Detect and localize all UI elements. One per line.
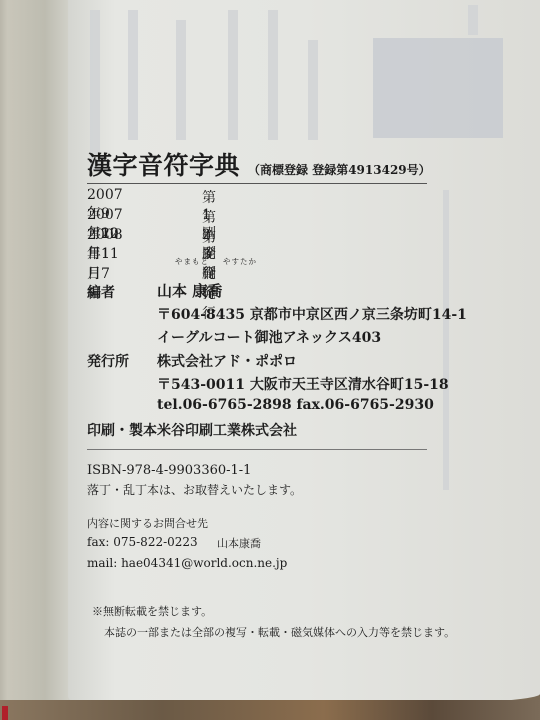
publisher-name: 株式会社アド・ポポロ [157,351,297,371]
editor-name: 山本 康喬 [157,280,222,301]
colophon-page [68,0,540,708]
trademark-note: （商標登録 登録第4913429号） [248,161,431,178]
background-red-detail [2,706,8,720]
editor-label: 編者 [87,282,115,302]
book-spine-shadow [0,0,75,700]
bleed-through-text [228,10,238,140]
printer-name: 米谷印刷工業株式会社 [157,420,297,440]
book-title: 漢字音符字典 [87,146,240,182]
title-row: 漢字音符字典 （商標登録 登録第4913429号） [87,146,427,182]
replacement-note: 落丁・乱丁本は、お取替えいたします。 [87,481,302,498]
contact-fax-name: 山本康喬 [217,535,261,551]
name-ruby: やまもとやすたか [175,256,257,267]
bleed-through-text [308,40,318,140]
background-fabric [0,700,540,720]
editor-address-building: イーグルコート御池アネックス403 [157,327,381,347]
copy-restriction: 本誌の一部または全部の複写・転載・磁気媒体への入力等を禁じます。 [104,624,455,640]
bleed-through-text [443,190,449,490]
isbn: ISBN-978-4-9903360-1-1 [87,463,251,478]
publisher-address: 〒543-0011 大阪市天王寺区清水谷町15-18 [157,374,449,394]
ruby-family: やまもと [175,257,209,266]
printer-label: 印刷・製本 [87,420,157,440]
contact-heading: 内容に関するお問合せ先 [87,515,208,531]
bleed-through-text [176,20,186,140]
copyright-notice: ※無断転載を禁じます。 [92,603,212,619]
bleed-through-text [268,10,278,140]
bleed-through-text [468,5,478,35]
ruby-given: やすたか [223,257,257,266]
divider [87,449,427,450]
divider [87,183,427,184]
publisher-phone: tel.06-6765-2898 fax.06-6765-2930 [157,397,434,413]
bleed-through-text [128,10,138,140]
contact-fax: fax: 075-822-0223 [87,535,198,549]
contact-mail: mail: hae04341@world.ocn.ne.jp [87,556,287,570]
publisher-label: 発行所 [87,351,129,371]
editor-address: 〒604-8435 京都市中京区西ノ京三条坊町14-1 [157,304,467,324]
bleed-through-photo [373,38,503,138]
